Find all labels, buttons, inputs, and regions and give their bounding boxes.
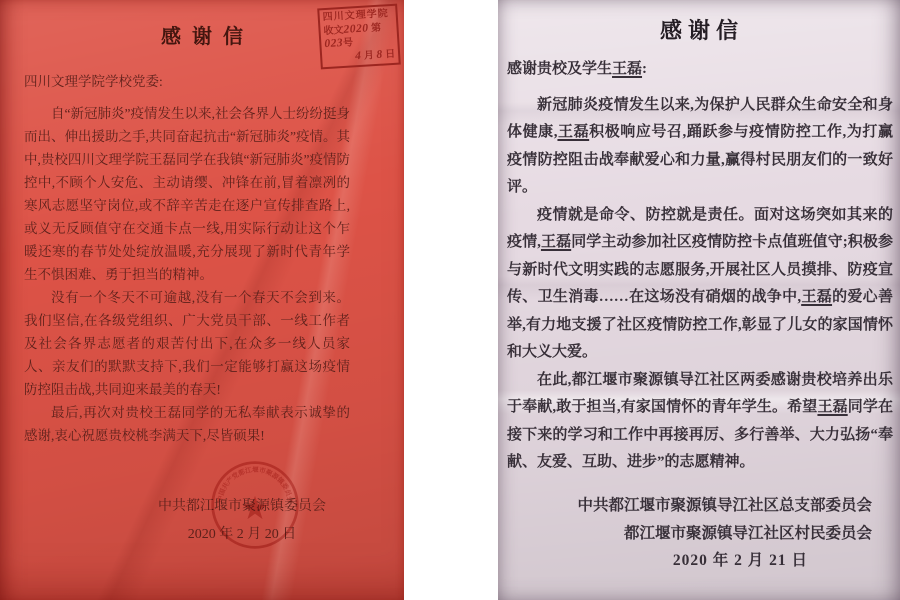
left-letter-salutation: 四川文理学院学校党委: xyxy=(24,70,350,93)
party-committee-seal: 中国共产党都江堰市聚源镇委员会 xyxy=(209,459,301,551)
receipt-stamp-no-prefix: 第 xyxy=(371,22,382,34)
left-letter-paragraph-3: 最后,再次对贵校王磊同学的无私奉献表示诚挚的感谢,衷心祝愿贵校桃李满天下,尽皆硕… xyxy=(24,401,350,447)
receipt-stamp: 四川文理学院 收文2020 第023号 4 月 8 日 xyxy=(317,4,401,70)
right-letter-salutation: 感谢贵校及学生王磊: xyxy=(507,56,893,84)
two-letters-photo: 感谢信 四川文理学院 收文2020 第023号 4 月 8 日 四川文理学院学校… xyxy=(0,0,900,600)
receipt-stamp-no: 023 xyxy=(324,37,343,50)
right-letter-paper: 感谢信 感谢贵校及学生王磊: 新冠肺炎疫情发生以来,为保护人民群众生命安全和身体… xyxy=(498,0,900,600)
right-letter-paragraph-3: 在此,都江堰市聚源镇导江社区两委感谢贵校培养出乐于奉献,敢于担当,有家国情怀的青… xyxy=(507,367,893,477)
seal-star-emblem xyxy=(243,496,267,519)
receipt-stamp-day-label: 日 xyxy=(385,48,396,60)
salutation-colon: : xyxy=(642,61,647,77)
right-letter-body: 感谢贵校及学生王磊: 新冠肺炎疫情发生以来,为保护人民群众生命安全和身体健康,王… xyxy=(507,56,893,477)
receipt-stamp-month: 4 xyxy=(355,49,362,61)
student-name: 王磊 xyxy=(817,399,847,415)
student-name: 王磊 xyxy=(541,234,571,250)
student-name: 王磊 xyxy=(801,289,832,305)
right-letter-paragraph-2: 疫情就是命令、防控就是责任。面对这场突如其来的疫情,王磊同学主动参加社区疫情防控… xyxy=(507,202,893,367)
left-letter-body: 四川文理学院学校党委: 自“新冠肺炎”疫情发生以来,社会各界人士纷纷挺身而出、伸… xyxy=(24,70,350,447)
right-letter-date: 2020 年 2 月 21 日 xyxy=(577,547,872,575)
right-letter-signature-1: 中共都江堰市聚源镇导江社区总支部委员会 xyxy=(577,492,872,520)
receipt-stamp-year: 2020 xyxy=(343,22,369,36)
receipt-stamp-day: 8 xyxy=(376,48,383,60)
right-letter-title: 感谢信 xyxy=(498,14,900,45)
left-letter-paragraph-2: 没有一个冬天不可逾越,没有一个春天不会到来。我们坚信,在各级党组织、广大党员干部… xyxy=(24,286,350,401)
receipt-stamp-month-label: 月 xyxy=(364,50,375,62)
right-letter-paragraph-1: 新冠肺炎疫情发生以来,为保护人民群众生命安全和身体健康,王磊积极响应号召,踊跃参… xyxy=(507,92,893,202)
student-name: 王磊 xyxy=(557,124,589,140)
left-letter-paper: 感谢信 四川文理学院 收文2020 第023号 4 月 8 日 四川文理学院学校… xyxy=(0,0,404,600)
right-letter-signature-block: 中共都江堰市聚源镇导江社区总支部委员会 都江堰市聚源镇导江社区村民委员会 202… xyxy=(577,492,872,575)
salutation-prefix: 感谢贵校及学生 xyxy=(507,61,612,77)
receipt-stamp-received-label: 收文 xyxy=(323,24,344,36)
left-letter-paragraph-1: 自“新冠肺炎”疫情发生以来,社会各界人士纷纷挺身而出、伸出援助之手,共同奋起抗击… xyxy=(24,102,350,286)
receipt-stamp-number-line: 收文2020 第023号 xyxy=(323,20,395,51)
student-name: 王磊 xyxy=(612,61,642,77)
receipt-stamp-no-suffix: 号 xyxy=(343,37,354,49)
right-letter-signature-2: 都江堰市聚源镇导江社区村民委员会 xyxy=(577,520,872,548)
